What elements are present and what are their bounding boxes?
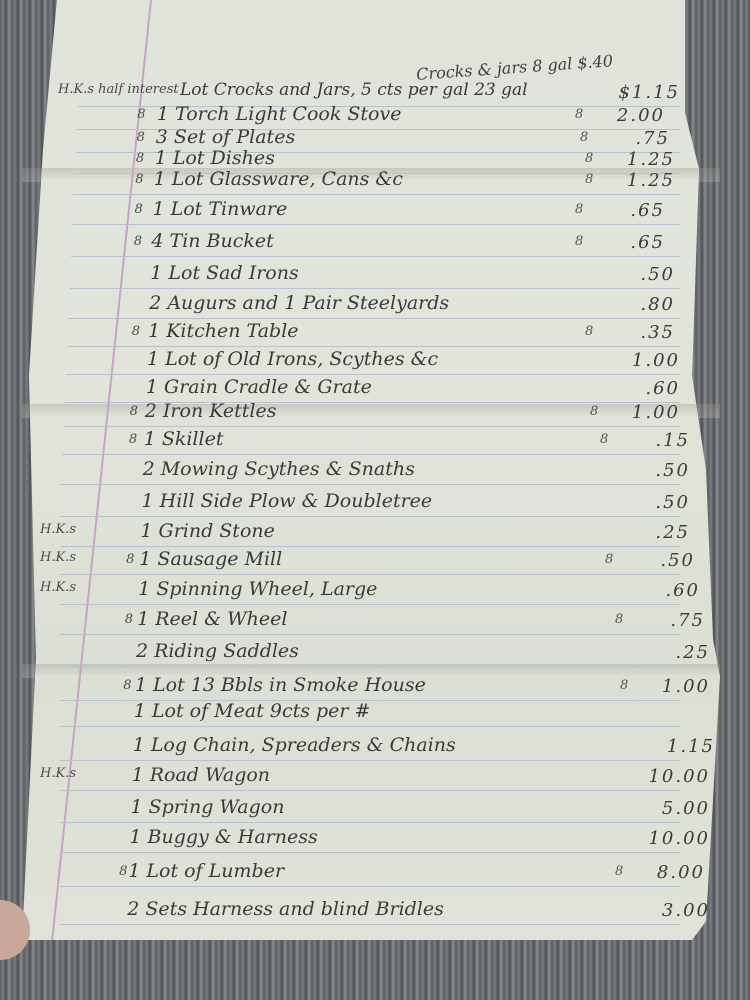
item-price: .65 [595,232,665,253]
item-price: 8.00 [635,862,705,883]
inventory-row: 81 Lot of Lumber88.00 [0,860,750,890]
price-check-mark: 8 [600,432,608,447]
price-check-mark: 8 [575,107,583,122]
ruled-line [60,852,680,853]
ruled-line [60,516,680,517]
ruled-line [60,822,680,823]
check-mark: 8 [137,107,145,122]
inventory-row: 1 Lot of Old Irons, Scythes &c1.00 [0,348,750,378]
item-description: 1 Reel & Wheel [137,608,287,630]
inventory-row: 2 Mowing Scythes & Snaths.50 [0,458,750,488]
item-price: .25 [640,642,710,663]
item-price: 1.00 [610,402,680,423]
check-mark: 8 [130,404,138,419]
item-description: 1 Lot of Lumber [128,860,284,882]
item-price: 2.00 [595,105,665,126]
ruled-line [60,760,680,761]
item-price: 1.00 [610,350,680,371]
check-mark: 8 [123,678,131,693]
left-margin-note: H.K.s [40,766,76,781]
item-price: .15 [620,430,690,451]
item-description: 1 Lot 13 Bbls in Smoke House [135,674,426,696]
item-price: .80 [605,294,675,315]
item-description: 1 Buggy & Harness [129,826,317,848]
ruled-line [66,374,680,375]
item-price: .35 [605,322,675,343]
inventory-row: 2 Riding Saddles.25 [0,640,750,670]
left-margin-note: H.K.s [40,580,76,595]
price-check-mark: 8 [615,612,623,627]
ruled-line [61,484,680,485]
item-description: 3 Set of Plates [156,126,295,148]
item-price: .60 [630,580,700,601]
item-description: 1 Grind Stone [140,520,274,542]
ruled-line [60,790,680,791]
price-check-mark: 8 [590,404,598,419]
check-mark: 8 [125,612,133,627]
item-price: 1.15 [645,736,715,757]
item-price: $1.15 [610,82,680,103]
item-price: .50 [625,550,695,571]
item-description: 1 Sausage Mill [139,548,282,570]
item-description: 2 Iron Kettles [145,400,277,422]
check-mark: 8 [129,432,137,447]
item-price: .65 [595,200,665,221]
price-check-mark: 8 [620,678,628,693]
item-description: 1 Lot Dishes [155,147,275,169]
item-price: 10.00 [640,766,710,787]
item-description: 1 Skillet [144,428,224,450]
ruled-line [60,574,680,575]
ruled-line [64,426,680,427]
left-margin-note: H.K.s half interest [58,82,179,97]
price-check-mark: 8 [585,151,593,166]
inventory-row: 1 Lot Sad Irons.50 [0,262,750,292]
price-check-mark: 8 [585,172,593,187]
item-description: 1 Lot Glassware, Cans &c [154,168,403,190]
check-mark: 8 [126,552,134,567]
price-check-mark: 8 [575,202,583,217]
inventory-row: 2 Sets Harness and blind Bridles3.00 [0,898,750,928]
item-description: 1 Lot of Meat 9cts per # [134,700,371,722]
price-check-mark: 8 [580,130,588,145]
item-description: 4 Tin Bucket [151,230,273,252]
check-mark: 8 [119,864,127,879]
price-check-mark: 8 [605,552,613,567]
item-price: .75 [635,610,705,631]
inventory-row: 1 Spring Wagon5.00 [0,796,750,826]
item-price: .75 [600,128,670,149]
item-description: 1 Lot Tinware [153,198,288,220]
inventory-row: H.K.s1 Road Wagon10.00 [0,764,750,794]
ruled-line [60,666,680,667]
item-price: .50 [620,492,690,513]
item-description: 1 Road Wagon [132,764,270,786]
inventory-row: H.K.s81 Sausage Mill8.50 [0,548,750,578]
ruled-line [67,346,680,347]
item-description: 1 Log Chain, Spreaders & Chains [133,734,456,756]
inventory-row: 81 Lot Glassware, Cans &c81.25 [0,168,750,198]
item-price: .50 [605,264,675,285]
item-price: 1.00 [640,676,710,697]
inventory-row: 1 Log Chain, Spreaders & Chains1.15 [0,734,750,764]
inventory-row: 81 Kitchen Table8.35 [0,320,750,350]
check-mark: 8 [132,324,140,339]
item-price: 10.00 [640,828,710,849]
inventory-row: 81 Skillet8.15 [0,428,750,458]
ruled-line [68,318,680,319]
item-description: 2 Mowing Scythes & Snaths [143,458,415,480]
inventory-row: H.K.s1 Grind Stone.25 [0,520,750,550]
item-description: 1 Spinning Wheel, Large [138,578,377,600]
item-description: 1 Lot Sad Irons [150,262,298,284]
ruled-line [60,726,680,727]
inventory-row: H.K.s1 Spinning Wheel, Large.60 [0,578,750,608]
item-description: 2 Riding Saddles [136,640,299,662]
inventory-row: 2 Augurs and 1 Pair Steelyards.80 [0,292,750,322]
item-price: .50 [620,460,690,481]
ruled-line [62,454,680,455]
inventory-row: 1 Lot of Meat 9cts per # [0,700,750,730]
item-price: 1.25 [605,149,675,170]
item-price: .25 [620,522,690,543]
ruled-line [60,546,680,547]
price-check-mark: 8 [575,234,583,249]
check-mark: 8 [136,151,144,166]
item-description: 2 Sets Harness and blind Bridles [127,898,444,920]
check-mark: 8 [135,202,143,217]
check-mark: 8 [134,234,142,249]
item-description: 1 Torch Light Cook Stove [157,103,402,125]
ruled-line [60,924,680,925]
item-price: 3.00 [640,900,710,921]
item-description: 1 Lot of Old Irons, Scythes &c [147,348,438,370]
item-description: 1 Grain Cradle & Grate [146,376,372,398]
left-margin-note: H.K.s [40,550,76,565]
item-description: 1 Spring Wagon [131,796,285,818]
left-margin-note: H.K.s [40,522,76,537]
inventory-row: 1 Buggy & Harness10.00 [0,826,750,856]
ruled-line [60,634,680,635]
ruled-line [72,224,680,225]
item-description: 2 Augurs and 1 Pair Steelyards [149,292,449,314]
inventory-row: 81 Reel & Wheel8.75 [0,608,750,638]
check-mark: 8 [137,130,145,145]
ruled-line [60,604,680,605]
item-description: 1 Hill Side Plow & Doubletree [142,490,433,512]
ruled-line [71,256,680,257]
price-check-mark: 8 [585,324,593,339]
item-price: .60 [610,378,680,399]
inventory-row: 81 Lot Tinware8.65 [0,198,750,228]
inventory-row: 1 Hill Side Plow & Doubletree.50 [0,490,750,520]
item-description: Lot Crocks and Jars, 5 cts per gal 23 ga… [180,80,528,100]
ruled-line [70,288,680,289]
item-price: 1.25 [605,170,675,191]
ruled-line [60,886,680,887]
item-description: 1 Kitchen Table [148,320,298,342]
ruled-line [73,194,680,195]
inventory-row: 82 Iron Kettles81.00 [0,400,750,430]
item-price: 5.00 [640,798,710,819]
price-check-mark: 8 [615,864,623,879]
inventory-row: 84 Tin Bucket8.65 [0,230,750,260]
check-mark: 8 [135,172,143,187]
